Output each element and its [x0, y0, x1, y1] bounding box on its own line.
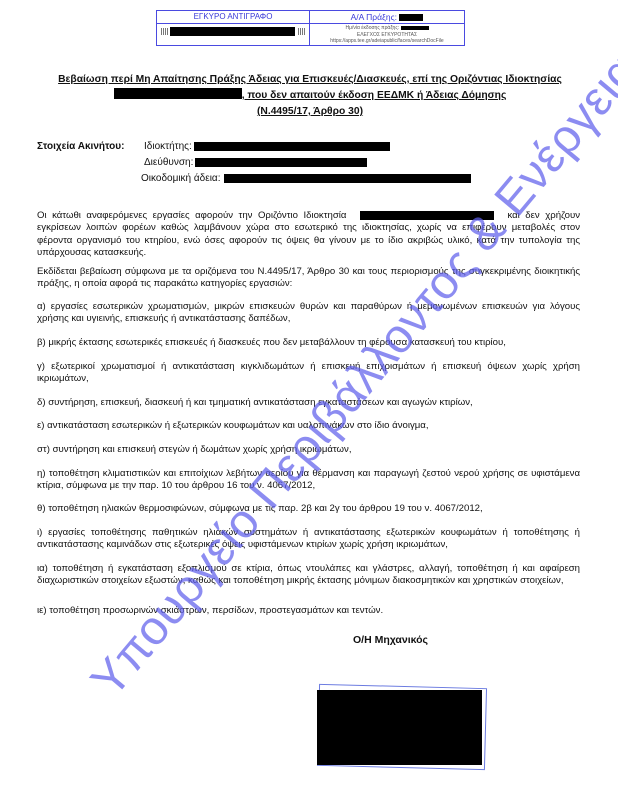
address-row: Διεύθυνση: — [144, 157, 367, 168]
work-item-h: η) τοποθέτηση κλιματιστικών και επιτοίχι… — [37, 468, 580, 493]
permit-label: Οικοδομική άδεια: — [141, 173, 220, 184]
engineer-signature-label: Ο/Η Μηχανικός — [353, 634, 428, 646]
work-item-b: β) μικρής έκτασης εσωτερικές επισκευές ή… — [37, 337, 580, 349]
document-title: Βεβαίωση περί Μη Απαίτησης Πράξης Άδειας… — [30, 74, 590, 85]
redacted-owner — [194, 142, 390, 151]
document-title-suffix: , που δεν απαιτούν έκδοση ΕΕΔΜΚ ή Άδειας… — [242, 90, 507, 101]
valid-copy-label: ΕΓΚΥΡΟ ΑΝΤΙΓΡΑΦΟ — [157, 11, 310, 24]
redacted-signature — [317, 690, 482, 765]
redacted-act-number — [399, 14, 423, 21]
validity-info-cell: Ημ/νία έκδοσης πράξης: ΕΛΕΓΧΟΣ ΕΓΚΥΡΟΤΗΤ… — [310, 24, 464, 45]
intro-paragraph: Οι κάτωθι αναφερόμενες εργασίες αφορούν … — [37, 210, 580, 260]
property-section-label: Στοιχεία Ακινήτου: — [37, 141, 124, 152]
work-item-ie: ιε) τοποθέτηση προσωρινών σκιάστρων, περ… — [37, 605, 580, 617]
validity-url-link[interactable]: https://apps.tee.gr/adeiapublic/faces/se… — [310, 38, 464, 45]
barcode-icon — [161, 28, 168, 35]
redacted-issue-date — [401, 26, 429, 30]
barcode-cell — [157, 24, 310, 45]
redacted-permit — [224, 174, 471, 183]
barcode-icon — [298, 28, 305, 35]
redacted-address — [195, 158, 367, 167]
redacted-property-ref — [360, 211, 494, 220]
issued-paragraph: Εκδίδεται βεβαίωση σύμφωνα με τα οριζόμε… — [37, 266, 580, 291]
work-item-c: γ) εξωτερικοί χρωματισμοί ή αντικατάστασ… — [37, 361, 580, 386]
address-label: Διεύθυνση: — [144, 157, 193, 168]
validity-header-box: ΕΓΚΥΡΟ ΑΝΤΙΓΡΑΦΟ Α/Α Πράξης: Ημ/νία έκδο… — [156, 10, 465, 46]
work-item-a: α) εργασίες εσωτερικών χρωματισμών, μικρ… — [37, 301, 580, 326]
act-number-cell: Α/Α Πράξης: — [310, 11, 464, 24]
work-item-i: ι) εργασίες τοποθέτησης παθητικών ηλιακώ… — [37, 527, 580, 552]
redacted-property-id — [114, 88, 242, 99]
law-reference: (Ν.4495/17, Άρθρο 30) — [30, 106, 590, 117]
work-item-e: ε) αντικατάσταση εσωτερικών ή εξωτερικών… — [37, 420, 580, 432]
work-item-d: δ) συντήρηση, επισκευή, διασκευή ή και τ… — [37, 397, 580, 409]
work-item-ia: ια) τοποθέτηση ή εγκατάσταση εξοπλισμού … — [37, 563, 580, 588]
work-item-th: θ) τοποθέτηση ηλιακών θερμοσιφώνων, σύμφ… — [37, 503, 580, 515]
document-title-line2: , που δεν απαιτούν έκδοση ΕΕΔΜΚ ή Άδειας… — [30, 88, 590, 101]
owner-label: Ιδιοκτήτης: — [144, 141, 192, 152]
work-item-st: στ) συντήρηση και επισκευή στεγών ή δωμά… — [37, 444, 580, 456]
issue-date-label: Ημ/νία έκδοσης πράξης: — [345, 25, 399, 31]
act-number-label: Α/Α Πράξης: — [351, 12, 397, 22]
owner-row: Ιδιοκτήτης: — [144, 141, 390, 152]
permit-row: Οικοδομική άδεια: — [141, 173, 471, 184]
intro-prefix: Οι κάτωθι αναφερόμενες εργασίες αφορούν … — [37, 210, 346, 221]
redacted-barcode — [170, 27, 295, 36]
